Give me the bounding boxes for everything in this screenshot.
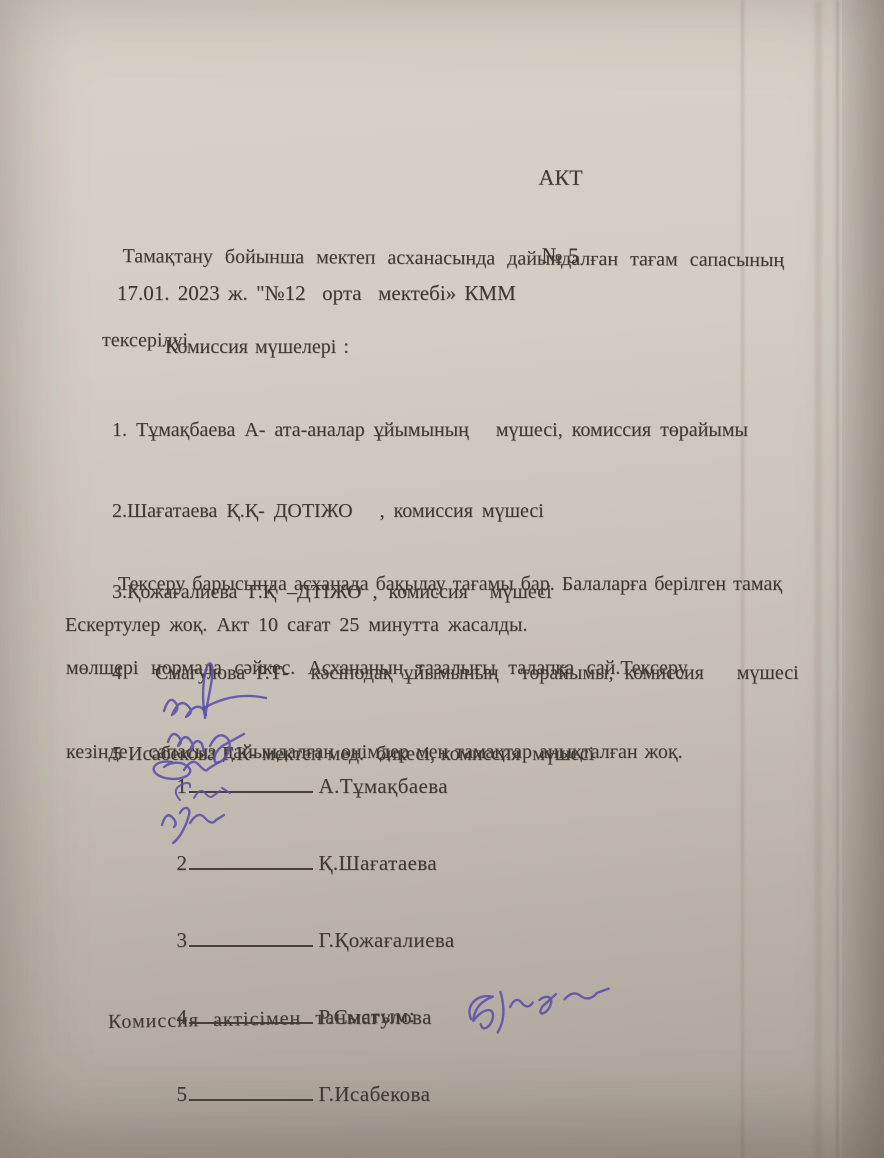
signature-number: 2	[177, 851, 189, 876]
signatory-name: Г.Қожағалиева	[313, 928, 455, 953]
signature-row: 1А.Тұмақбаева	[145, 747, 455, 774]
scanned-document-page: АКТ № 5 Тамақтану бойынша мектеп асханас…	[0, 0, 884, 1158]
signature-number: 5	[177, 1082, 189, 1107]
signatory-name: А.Тұмақбаева	[313, 774, 449, 799]
body-line: мөлшері нормада сәйкес. Асхананың тазалы…	[66, 654, 782, 682]
signature-underline	[189, 772, 313, 793]
signature-row: 5Г.Исабекова	[145, 1055, 455, 1082]
signatory-name: Г.Исабекова	[313, 1082, 431, 1107]
member-item: 1. Тұмақбаева А- ата-аналар ұйымының мүш…	[112, 417, 799, 444]
signature-row: 3Г.Қожағалиева	[145, 901, 455, 928]
handwritten-signature-acknowledgement	[447, 963, 631, 1047]
subject-line: Тамақтану бойынша мектеп асханасында дай…	[102, 242, 784, 274]
signature-number: 3	[177, 928, 189, 953]
signatory-name: Қ.Шағатаева	[313, 851, 438, 876]
signature-number: 1	[177, 774, 189, 799]
page-edge-shading	[842, 0, 884, 1158]
signature-row: 2Қ.Шағатаева	[145, 824, 455, 851]
commission-heading: Комиссия мүшелері :	[165, 336, 349, 359]
signature-underline	[189, 1080, 313, 1101]
paper-crease-line	[836, 0, 839, 1158]
signature-underline	[189, 849, 313, 870]
paper-shadow-streak	[815, 0, 822, 1158]
notes-line: Ескертулер жоқ. Акт 10 сағат 25 минутта …	[65, 614, 527, 637]
signature-rows: 1А.Тұмақбаева 2Қ.Шағатаева 3Г.Қожағалиев…	[145, 697, 455, 1132]
date-and-school-line: 17.01. 2023 ж. "№12 орта мектебі» КММ	[117, 281, 516, 306]
signature-underline	[189, 926, 313, 947]
signature-row: 4Р.Смагулова	[145, 978, 455, 1005]
body-line: Тексеру барысында асханада бақылау тағам…	[66, 570, 782, 598]
